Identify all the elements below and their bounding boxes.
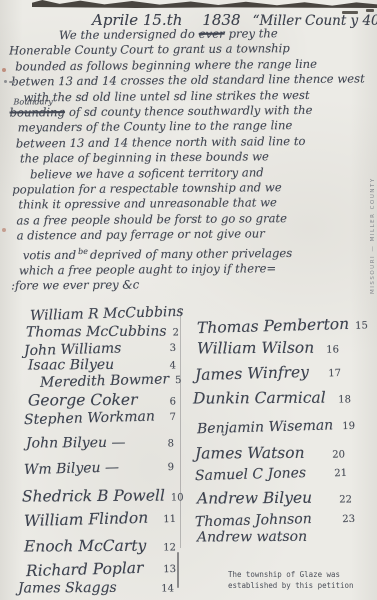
signer-name: Andrew watson: [197, 529, 307, 546]
signer-name: Thomas Johnson: [195, 511, 312, 530]
signer-name: Benjamin Wiseman: [197, 417, 334, 437]
signature-row: Benjamin Wiseman19: [197, 417, 355, 437]
signer-name: William Wilson: [197, 339, 314, 358]
signer-number: 21: [334, 468, 347, 480]
signer-number: 11: [163, 514, 176, 526]
signer-number: 10: [171, 492, 184, 504]
signature-row: William R McCubbins: [30, 304, 178, 324]
archival-margin-text: MISSOURI — MILLER COUNTY: [370, 14, 376, 294]
signer-name: Shedrick B Powell: [22, 487, 165, 506]
signer-name: James Watson: [195, 444, 305, 463]
signer-number: 18: [338, 394, 351, 406]
signature-row: William Wilson16: [197, 339, 339, 358]
signature-row: Enoch McCarty12: [24, 536, 176, 555]
signature-row: Thomas McCubbins2: [26, 323, 176, 340]
signer-name: Meredith Bowmer: [40, 371, 169, 391]
column-divider-line: [177, 552, 179, 588]
signature-row: James Winfrey17: [195, 362, 341, 384]
signature-row: Thomas Johnson23: [195, 510, 355, 530]
signer-name: Samuel C Jones: [195, 465, 307, 484]
signature-row: Wm Bilyeu —9: [24, 458, 174, 478]
pencil-dash: [9, 81, 15, 83]
film-mark-dot: [2, 228, 6, 232]
signature-row: James Watson20: [195, 443, 345, 462]
signer-name: Andrew Bilyeu: [197, 489, 312, 508]
signer-number: 22: [339, 494, 352, 506]
signature-row: William Flindon11: [24, 508, 176, 530]
signer-name: Dunkin Carmical: [193, 389, 326, 408]
signature-row: Richard Poplar13: [26, 558, 176, 580]
signature-row: James Skaggs14: [18, 579, 174, 596]
signer-number: 7: [169, 412, 176, 424]
signature-row: Meredith Bowmer5: [40, 371, 178, 391]
struck-word: ever: [199, 27, 225, 41]
struck-word: bounding: [10, 105, 65, 119]
signature-row: Shedrick B Powell10: [22, 486, 176, 505]
signature-row: Samuel C Jones21: [195, 464, 347, 484]
signer-name: George Coker: [28, 391, 138, 410]
caption-line-1: The township of Glaze was: [228, 569, 353, 580]
body-line: :fore we ever prey &c: [11, 276, 369, 295]
signature-row: Stephen Workman7: [24, 408, 176, 428]
pencil-dot: [4, 80, 7, 83]
signer-name: James Winfrey: [195, 363, 309, 384]
interlineation-note: Boundary: [13, 98, 52, 106]
signer-name: Thomas Pemberton: [197, 315, 350, 337]
signer-name: Wm Bilyeu —: [24, 459, 119, 478]
signer-number: 19: [342, 421, 355, 433]
body-text: deprived of many other privelages: [90, 246, 292, 262]
signer-number: 5: [175, 375, 182, 387]
signer-number: 23: [342, 514, 355, 526]
column-divider-line: [180, 308, 181, 548]
signer-name: Isaac Bilyeu: [28, 357, 114, 374]
signer-name: Richard Poplar: [26, 559, 144, 580]
signer-number: 9: [167, 462, 174, 474]
torn-paper-edge: [32, 0, 377, 8]
body-text: We the undersigned do: [59, 27, 195, 42]
interlineation-note: be: [78, 247, 88, 256]
film-mark-dot: [2, 68, 6, 72]
signer-name: John Bilyeu —: [26, 435, 126, 452]
signer-name: James Skaggs: [18, 580, 117, 597]
body-text: of sd county thence southwardly with the: [69, 103, 313, 119]
signer-number: 3: [169, 343, 176, 355]
signer-name: Enoch McCarty: [24, 537, 146, 556]
signer-number: 13: [163, 564, 176, 576]
signer-number: 15: [355, 320, 368, 332]
petition-body: We the undersigned doeverprey the Honera…: [7, 25, 369, 294]
signature-row: Andrew watson: [197, 528, 347, 545]
signer-number: 12: [163, 542, 176, 554]
signature-row: George Coker6: [28, 390, 176, 409]
signature-row: Thomas Pemberton15: [197, 315, 349, 337]
signature-row: Dunkin Carmical18: [193, 388, 351, 407]
signer-number: 6: [170, 396, 176, 408]
caption-line-2: established by this petition: [228, 580, 353, 591]
signer-name: William R McCubbins: [30, 304, 184, 324]
signer-number: 8: [168, 438, 174, 450]
signer-number: 14: [161, 583, 174, 595]
scanned-petition-document: Aprile 15.th1838“Miller Count y 40 We th…: [0, 0, 377, 600]
signer-number: 2: [173, 327, 179, 339]
signer-name: Thomas McCubbins: [26, 324, 167, 341]
typed-caption: The township of Glaze was established by…: [228, 569, 353, 591]
signer-number: 16: [326, 345, 339, 357]
body-text: prey the: [229, 26, 278, 40]
signature-row: John Bilyeu —8: [26, 434, 174, 451]
signer-number: 20: [332, 449, 345, 461]
signature-row: Andrew Bilyeu22: [197, 488, 352, 507]
signer-name: William Flindon: [24, 509, 149, 530]
body-text: votis and: [23, 248, 76, 262]
signer-name: Stephen Workman: [24, 408, 155, 428]
signer-number: 17: [328, 368, 341, 380]
